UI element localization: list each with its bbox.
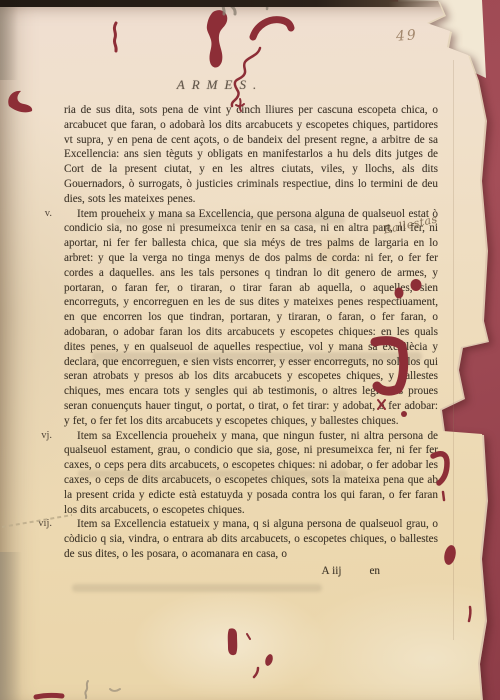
margin-marker: vj. (28, 430, 52, 441)
margin-marker: vij. (28, 518, 52, 529)
bleed-through-text (72, 584, 322, 592)
paper-crease (453, 60, 454, 640)
paragraph: Item sa Excellencia proueheix y mana, qu… (64, 429, 438, 518)
folio-number: 49 (395, 27, 418, 45)
paragraph: ria de sus dita, sots pena de vint y cin… (64, 103, 438, 207)
scanned-book-page: 49 ARMES. ria de sus dita, sots pena de … (0, 0, 500, 700)
paragraph: Item sa Excellencia estatueix y mana, q … (64, 517, 438, 561)
gutter-shadow-bottom (0, 552, 22, 700)
scan-edge-top (0, 0, 452, 7)
gutter-shadow-top (0, 0, 18, 80)
margin-marker: v. (28, 208, 52, 219)
paragraph: Item proueheix y mana sa Excellencia, qu… (64, 207, 438, 429)
signature-line: A iij en (64, 564, 438, 579)
catchword: en (369, 564, 380, 579)
text-block: ria de sus dita, sots pena de vint y cin… (64, 103, 438, 579)
signature-mark: A iij (321, 564, 341, 579)
running-header: ARMES. (150, 77, 290, 93)
